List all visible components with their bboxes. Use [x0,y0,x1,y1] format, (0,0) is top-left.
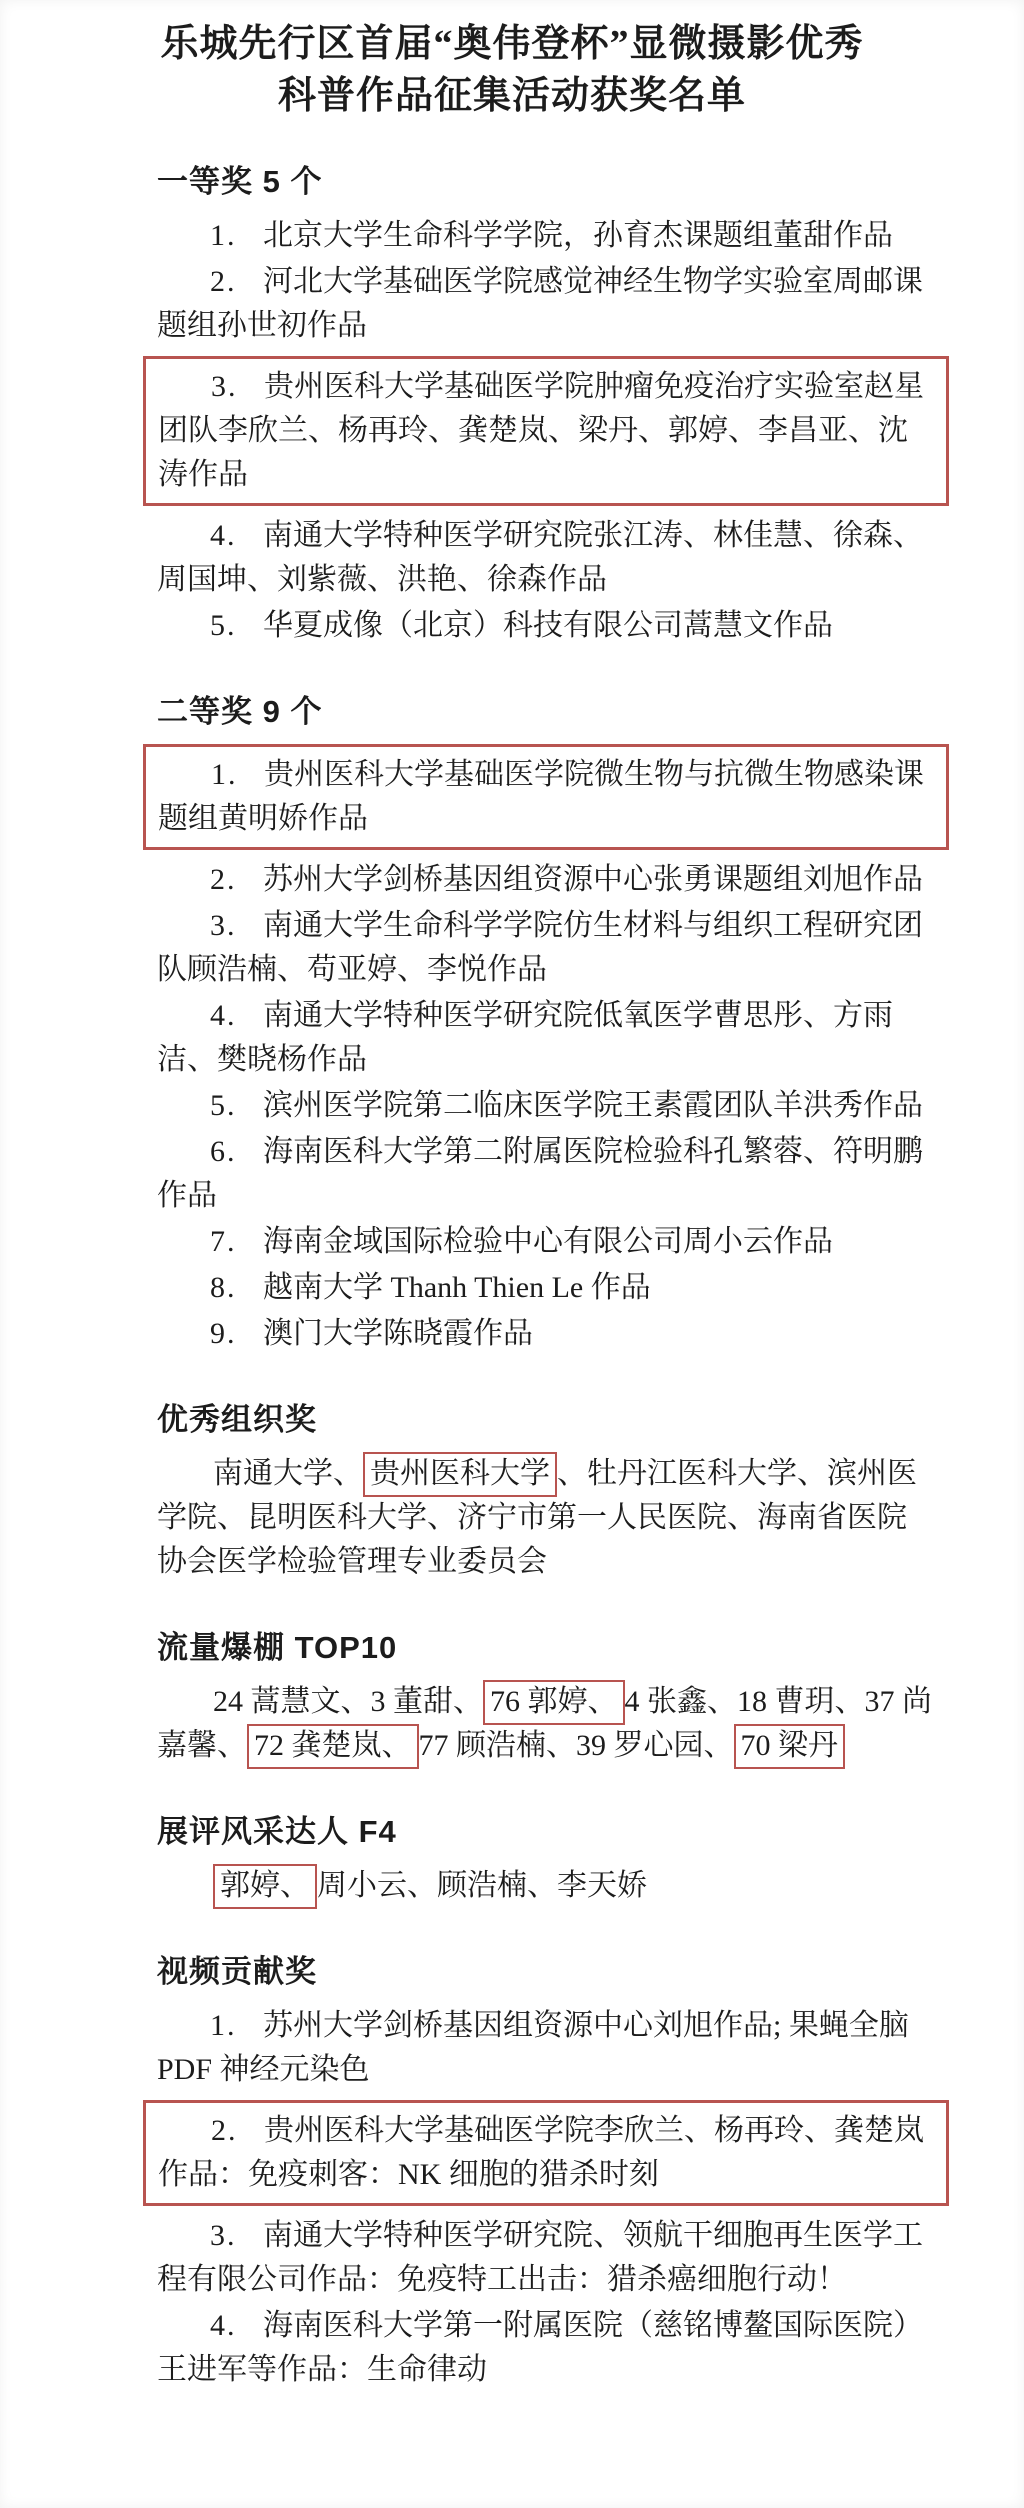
item-text: 南通大学生命科学学院仿生材料与组织工程研究团队顾浩楠、苟亚婷、李悦作品 [157,909,923,986]
document-body: 一等奖 5 个 1.北京大学生命科学学院，孙育杰课题组董甜作品 2.河北大学基础… [157,162,935,2392]
section-heading-video: 视频贡献奖 [157,1952,935,1992]
document-page: { "accent_color": "#b85450", "title": { … [0,0,1024,2508]
org-segment: 南通大学、 [213,1457,363,1490]
item-text: 海南医科大学第一附属医院（慈铭博鳌国际医院）王进军等作品：生命律动 [157,2309,923,2386]
item-number: 7. [210,1220,263,1264]
red-highlight-inline: 76 郭婷、 [483,1680,625,1725]
section-first-prize: 一等奖 5 个 1.北京大学生命科学学院，孙育杰课题组董甜作品 2.河北大学基础… [157,162,935,648]
item-number: 1. [210,214,263,258]
top10-segment: 77 顾浩楠、39 罗心园、 [419,1729,734,1762]
item-text: 苏州大学剑桥基因组资源中心刘旭作品; 果蝇全脑 PDF 神经元染色 [157,2009,909,2086]
list-item: 5.华夏成像（北京）科技有限公司蒿慧文作品 [157,604,935,648]
item-number: 1. [211,753,264,797]
item-number: 3. [211,365,264,409]
page-title-line-2: 科普作品征集活动获奖名单 [0,70,1024,122]
red-highlight-inline: 72 龚楚岚、 [247,1724,419,1769]
item-text: 越南大学 Thanh Thien Le 作品 [263,1271,651,1304]
item-text: 贵州医科大学基础医学院微生物与抗微生物感染课题组黄明娇作品 [158,758,924,835]
list-item: 2.河北大学基础医学院感觉神经生物学实验室周邮课题组孙世初作品 [157,260,935,348]
item-text: 华夏成像（北京）科技有限公司蒿慧文作品 [263,609,833,642]
red-highlight-box: 1.贵州医科大学基础医学院微生物与抗微生物感染课题组黄明娇作品 [143,744,949,850]
red-highlight-inline: 70 梁丹 [734,1724,846,1769]
section-heading-f4: 展评风采达人 F4 [157,1812,935,1852]
list-item: 8.越南大学 Thanh Thien Le 作品 [157,1266,935,1310]
list-item: 4.南通大学特种医学研究院张江涛、林佳慧、徐森、周国坤、刘紫薇、洪艳、徐森作品 [157,514,935,602]
section-second-prize: 二等奖 9 个 1.贵州医科大学基础医学院微生物与抗微生物感染课题组黄明娇作品 … [157,692,935,1356]
section-heading-first-prize: 一等奖 5 个 [157,162,935,202]
section-heading-second-prize: 二等奖 9 个 [157,692,935,732]
top10-list: 24 蒿慧文、3 董甜、76 郭婷、4 张鑫、18 曹玥、37 尚嘉馨、72 龚… [157,1680,935,1768]
list-item-highlighted: 1.贵州医科大学基础医学院微生物与抗微生物感染课题组黄明娇作品 [158,753,934,841]
list-item: 1.苏州大学剑桥基因组资源中心刘旭作品; 果蝇全脑 PDF 神经元染色 [157,2004,935,2092]
red-highlight-inline: 郭婷、 [213,1864,317,1909]
f4-list: 郭婷、周小云、顾浩楠、李天娇 [157,1864,935,1908]
item-number: 8. [210,1266,263,1310]
section-video-award: 视频贡献奖 1.苏州大学剑桥基因组资源中心刘旭作品; 果蝇全脑 PDF 神经元染… [157,1952,935,2392]
item-number: 5. [210,1084,263,1128]
item-number: 6. [210,1130,263,1174]
item-number: 3. [210,904,263,948]
item-text: 贵州医科大学基础医学院肿瘤免疫治疗实验室赵星团队李欣兰、杨再玲、龚楚岚、梁丹、郭… [158,370,924,491]
item-text: 河北大学基础医学院感觉神经生物学实验室周邮课题组孙世初作品 [157,265,923,342]
document-header: 乐城先行区首届“奥伟登杯”显微摄影优秀 科普作品征集活动获奖名单 [0,0,1024,122]
red-highlight-box: 3.贵州医科大学基础医学院肿瘤免疫治疗实验室赵星团队李欣兰、杨再玲、龚楚岚、梁丹… [143,356,949,506]
item-number: 1. [210,2004,263,2048]
top10-segment: 24 蒿慧文、3 董甜、 [213,1685,483,1718]
list-item: 7.海南金域国际检验中心有限公司周小云作品 [157,1220,935,1264]
item-text: 滨州医学院第二临床医学院王素霞团队羊洪秀作品 [263,1089,923,1122]
list-item: 3.南通大学生命科学学院仿生材料与组织工程研究团队顾浩楠、苟亚婷、李悦作品 [157,904,935,992]
page-title: 乐城先行区首届“奥伟登杯”显微摄影优秀 科普作品征集活动获奖名单 [0,0,1024,122]
item-number: 9. [210,1312,263,1356]
red-highlight-inline: 贵州医科大学 [363,1452,557,1497]
item-text: 苏州大学剑桥基因组资源中心张勇课题组刘旭作品 [263,863,923,896]
item-text: 澳门大学陈晓霞作品 [263,1317,533,1350]
list-item: 4.海南医科大学第一附属医院（慈铭博鳌国际医院）王进军等作品：生命律动 [157,2304,935,2392]
item-text: 北京大学生命科学学院，孙育杰课题组董甜作品 [263,219,893,252]
page-title-line-1: 乐城先行区首届“奥伟登杯”显微摄影优秀 [0,18,1024,70]
section-heading-top10: 流量爆棚 TOP10 [157,1628,935,1668]
organization-list: 南通大学、贵州医科大学、牡丹江医科大学、滨州医学院、昆明医科大学、济宁市第一人民… [157,1452,935,1584]
list-item-highlighted: 3.贵州医科大学基础医学院肿瘤免疫治疗实验室赵星团队李欣兰、杨再玲、龚楚岚、梁丹… [158,365,934,497]
section-top10: 流量爆棚 TOP10 24 蒿慧文、3 董甜、76 郭婷、4 张鑫、18 曹玥、… [157,1628,935,1768]
list-item: 4.南通大学特种医学研究院低氧医学曹思彤、方雨洁、樊晓杨作品 [157,994,935,1082]
item-number: 2. [210,858,263,902]
item-number: 2. [210,260,263,304]
red-highlight-box: 2.贵州医科大学基础医学院李欣兰、杨再玲、龚楚岚作品：免疫刺客：NK 细胞的猎杀… [143,2100,949,2206]
item-number: 4. [210,514,263,558]
section-heading-organization: 优秀组织奖 [157,1400,935,1440]
item-number: 4. [210,2304,263,2348]
item-text: 贵州医科大学基础医学院李欣兰、杨再玲、龚楚岚作品：免疫刺客：NK 细胞的猎杀时刻 [158,2114,924,2191]
list-item: 2.苏州大学剑桥基因组资源中心张勇课题组刘旭作品 [157,858,935,902]
section-organization-award: 优秀组织奖 南通大学、贵州医科大学、牡丹江医科大学、滨州医学院、昆明医科大学、济… [157,1400,935,1584]
item-number: 4. [210,994,263,1038]
list-item: 1.北京大学生命科学学院，孙育杰课题组董甜作品 [157,214,935,258]
list-item-highlighted: 2.贵州医科大学基础医学院李欣兰、杨再玲、龚楚岚作品：免疫刺客：NK 细胞的猎杀… [158,2109,934,2197]
list-item: 6.海南医科大学第二附属医院检验科孔繁蓉、符明鹏作品 [157,1130,935,1218]
item-number: 2. [211,2109,264,2153]
item-number: 5. [210,604,263,648]
list-item: 5.滨州医学院第二临床医学院王素霞团队羊洪秀作品 [157,1084,935,1128]
item-text: 海南金域国际检验中心有限公司周小云作品 [263,1225,833,1258]
f4-segment: 周小云、顾浩楠、李天娇 [317,1869,647,1902]
list-item: 9.澳门大学陈晓霞作品 [157,1312,935,1356]
item-text: 南通大学特种医学研究院低氧医学曹思彤、方雨洁、樊晓杨作品 [157,999,893,1076]
list-item: 3.南通大学特种医学研究院、领航干细胞再生医学工程有限公司作品：免疫特工出击：猎… [157,2214,935,2302]
item-number: 3. [210,2214,263,2258]
item-text: 南通大学特种医学研究院、领航干细胞再生医学工程有限公司作品：免疫特工出击：猎杀癌… [157,2219,923,2296]
item-text: 南通大学特种医学研究院张江涛、林佳慧、徐森、周国坤、刘紫薇、洪艳、徐森作品 [157,519,923,596]
item-text: 海南医科大学第二附属医院检验科孔繁蓉、符明鹏作品 [157,1135,923,1212]
section-f4: 展评风采达人 F4 郭婷、周小云、顾浩楠、李天娇 [157,1812,935,1908]
